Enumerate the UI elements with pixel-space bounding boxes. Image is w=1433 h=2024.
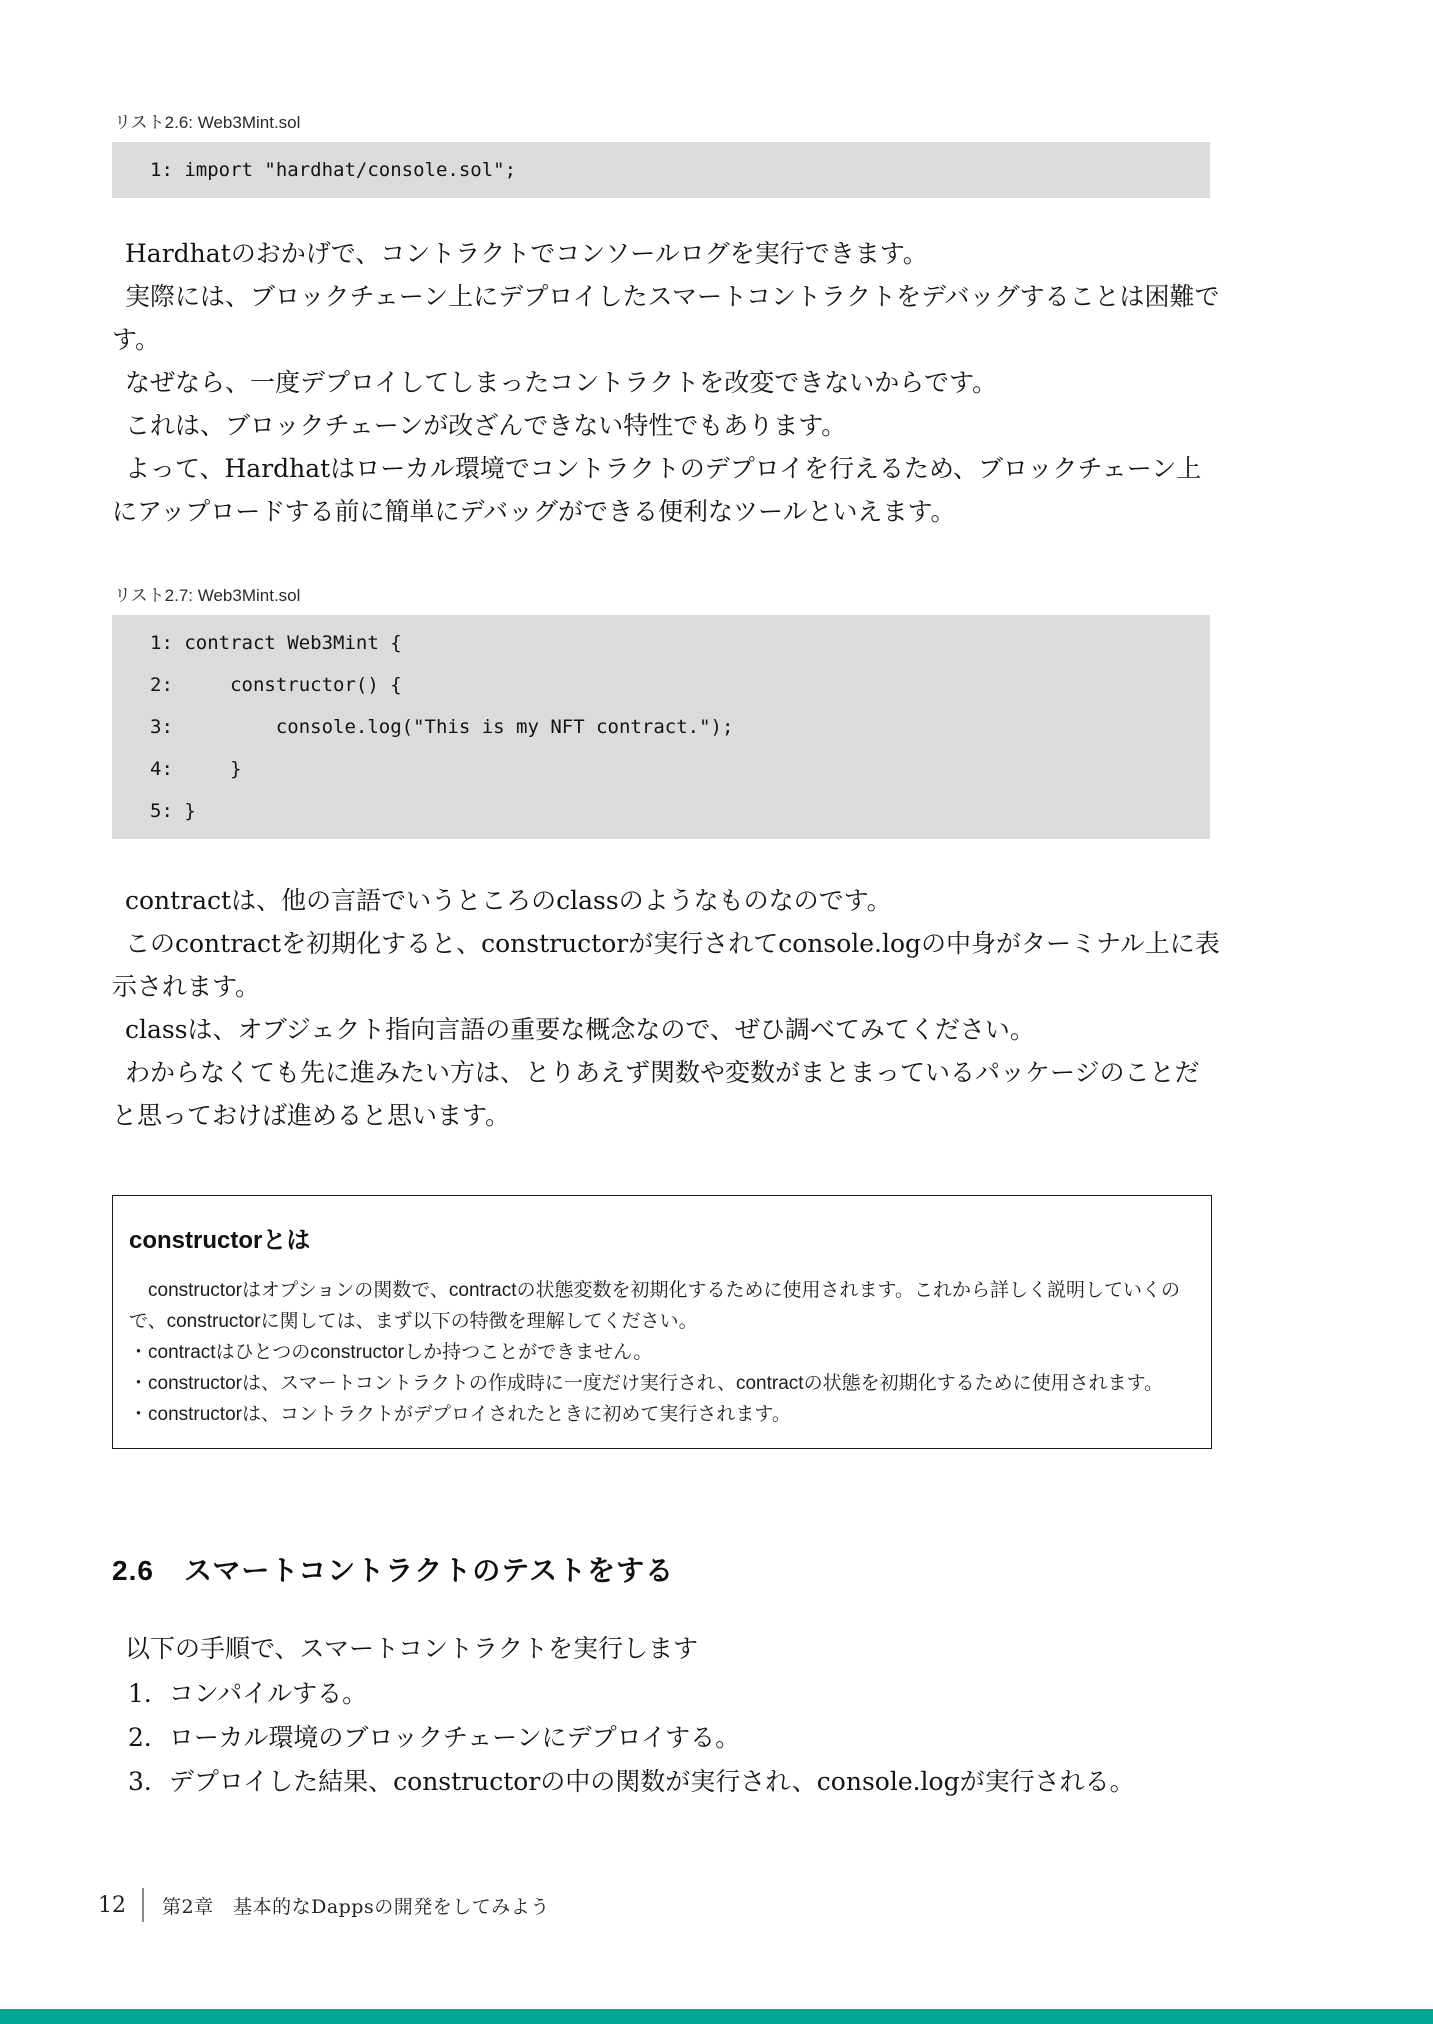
section-heading: 2.6スマートコントラクトのテストをする (112, 1549, 1222, 1589)
paragraph: なぜなら、一度デプロイしてしまったコントラクトを改変できないからです。 (112, 361, 1222, 404)
section-lead: 以下の手順で、スマートコントラクトを実行します (112, 1627, 1222, 1670)
book-page: リスト2.6: Web3Mint.sol 1: import "hardhat/… (0, 0, 1433, 2024)
callout-title: constructorとは (129, 1220, 1185, 1255)
listing-2-7-label: リスト2.7: Web3Mint.sol (114, 581, 1222, 606)
body-paragraphs: contractは、他の言語でいうところのclassのようなものなのです。 この… (112, 879, 1222, 1137)
section-number: 2.6 (112, 1555, 154, 1586)
bottom-accent-bar (0, 2009, 1433, 2024)
paragraph: 実際には、ブロックチェーン上にデプロイしたスマートコントラクトをデバッグすること… (112, 275, 1222, 361)
code-line: 1: contract Web3Mint { (150, 622, 1210, 664)
section-title: スマートコントラクトのテストをする (184, 1555, 674, 1586)
footer-divider (142, 1888, 144, 1922)
content-column: リスト2.6: Web3Mint.sol 1: import "hardhat/… (112, 108, 1222, 1804)
code-line: 2: constructor() { (150, 664, 1210, 706)
callout-bullet: ・constructorは、スマートコントラクトの作成時に一度だけ実行され、co… (129, 1368, 1185, 1399)
paragraph: classは、オブジェクト指向言語の重要な概念なので、ぜひ調べてみてください。 (112, 1008, 1222, 1051)
chapter-title: 第2章 基本的なDappsの開発をしてみよう (162, 1892, 550, 1919)
paragraph: よって、Hardhatはローカル環境でコントラクトのデプロイを行えるため、ブロッ… (112, 447, 1222, 533)
page-number: 12 (98, 1893, 126, 1918)
step-item: 1．コンパイルする。 (128, 1672, 1222, 1716)
paragraph: わからなくても先に進みたい方は、とりあえず関数や変数がまとまっているパッケージの… (112, 1051, 1222, 1137)
code-line: 4: } (150, 748, 1210, 790)
paragraph: このcontractを初期化すると、constructorが実行されてconso… (112, 922, 1222, 1008)
callout-intro: constructorはオプションの関数で、contractの状態変数を初期化す… (129, 1275, 1185, 1337)
code-line: 5: } (150, 790, 1210, 832)
step-list: 1．コンパイルする。 2．ローカル環境のブロックチェーンにデプロイする。 3．デ… (112, 1672, 1222, 1804)
constructor-callout-box: constructorとは constructorはオプションの関数で、cont… (112, 1195, 1212, 1449)
paragraph: これは、ブロックチェーンが改ざんできない特性でもあります。 (112, 404, 1222, 447)
page-footer: 12 第2章 基本的なDappsの開発をしてみよう (98, 1888, 550, 1922)
code-block-2-6: 1: import "hardhat/console.sol"; (112, 142, 1210, 198)
code-line: 3: console.log("This is my NFT contract.… (150, 706, 1210, 748)
intro-paragraphs: Hardhatのおかげで、コントラクトでコンソールログを実行できます。 実際には… (112, 232, 1222, 533)
code-line: 1: import "hardhat/console.sol"; (150, 149, 1210, 191)
code-block-2-7: 1: contract Web3Mint { 2: constructor() … (112, 615, 1210, 839)
paragraph: Hardhatのおかげで、コントラクトでコンソールログを実行できます。 (112, 232, 1222, 275)
listing-2-6-label: リスト2.6: Web3Mint.sol (114, 108, 1222, 133)
listing-2-7: リスト2.7: Web3Mint.sol 1: contract Web3Min… (112, 581, 1222, 839)
step-item: 2．ローカル環境のブロックチェーンにデプロイする。 (128, 1716, 1222, 1760)
paragraph: contractは、他の言語でいうところのclassのようなものなのです。 (112, 879, 1222, 922)
step-item: 3．デプロイした結果、constructorの中の関数が実行され、console… (128, 1760, 1222, 1804)
callout-bullet: ・contractはひとつのconstructorしか持つことができません。 (129, 1337, 1185, 1368)
callout-bullet: ・constructorは、コントラクトがデプロイされたときに初めて実行されます… (129, 1399, 1185, 1430)
